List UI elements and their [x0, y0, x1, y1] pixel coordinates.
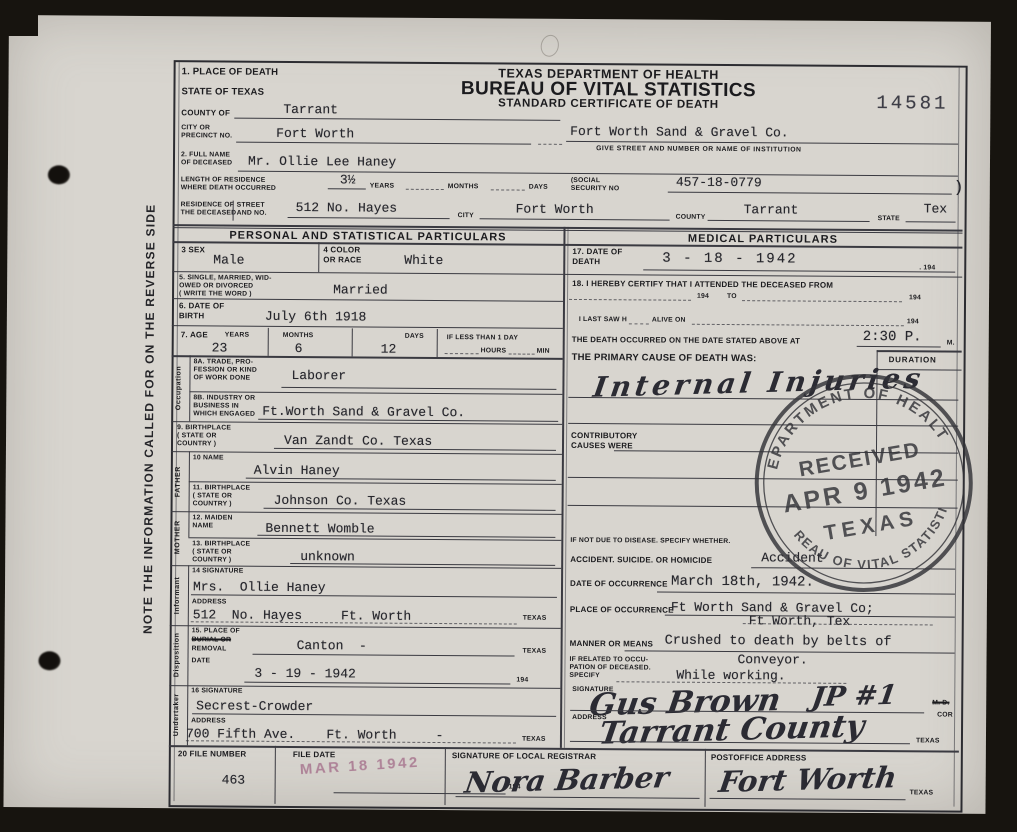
- birth-date-value: July 6th 1918: [265, 310, 367, 325]
- race-label: 4 COLOR OR RACE: [323, 245, 361, 264]
- postoffice-value: Fort Worth: [717, 760, 899, 799]
- disposal-place-label: 15. PLACE OF: [192, 627, 240, 635]
- registrar-signature: Nora Barber: [463, 760, 672, 800]
- res-county-value: Tarrant: [744, 203, 799, 218]
- last-saw-label: I LAST SAW H: [579, 316, 627, 324]
- personal-section-header: PERSONAL AND STATISTICAL PARTICULARS: [172, 229, 563, 245]
- father-birthplace-value: Johnson Co. Texas: [274, 494, 407, 509]
- occurrence-place-value2: Ft Worth, Tex: [749, 614, 851, 629]
- divider: [437, 329, 438, 357]
- occurrence-date-label: DATE OF OCCURRENCE: [570, 579, 668, 589]
- occupation-side-label: Occupation: [175, 357, 182, 419]
- divider: [352, 328, 353, 356]
- street-value: 512 No. Hayes: [296, 201, 398, 216]
- ruled-line: [629, 323, 649, 324]
- age-months-value: 6: [295, 342, 303, 356]
- ruled-line: [491, 189, 525, 190]
- contributory-label: CONTRIBUTORY CAUSES WERE: [571, 431, 638, 451]
- manner-value2: Conveyor.: [737, 653, 807, 668]
- accident-suicide-label: ACCIDENT. SUICIDE. OR HOMICIDE: [570, 555, 712, 566]
- county-value: Tarrant: [283, 103, 338, 118]
- ruled-line: [509, 353, 535, 354]
- m-label: M.: [947, 340, 955, 348]
- residence-length-label: LENGTH OF RESIDENCE WHERE DEATH OCCURRED: [181, 176, 276, 193]
- from-194-label: 194: [697, 293, 709, 301]
- father-side-label: FATHER: [175, 453, 182, 509]
- po-state-label: TEXAS: [910, 789, 934, 797]
- hours-label: HOURS: [481, 347, 507, 355]
- informant-state-label: TEXAS: [523, 615, 547, 623]
- death-date-value: 3 - 18 - 1942: [662, 252, 797, 268]
- father-name-value: Alvin Haney: [254, 464, 340, 479]
- divider: [233, 201, 234, 221]
- father-birthplace-label: 11. BIRTHPLACE ( STATE OR COUNTRY ): [193, 484, 251, 509]
- certificate-number: 14581: [876, 93, 948, 114]
- age-years-label: YEARS: [225, 332, 249, 340]
- cor-label: COR: [937, 711, 953, 719]
- occurrence-place-label: PLACE OF OCCURRENCE: [570, 605, 674, 615]
- disposal-194-label: 194: [516, 677, 528, 685]
- undertaker-sig-label: 16 SIGNATURE: [191, 687, 242, 696]
- trade-value: Laborer: [291, 369, 346, 384]
- punch-hole-bottom: [38, 651, 60, 670]
- burial-or-label: BURIAL OR: [192, 636, 231, 644]
- place-of-death-label: 1. PLACE OF DEATH: [182, 66, 279, 78]
- county-label: COUNTY OF: [181, 108, 230, 118]
- sex-label: 3 SEX: [181, 245, 205, 255]
- file-number-label: 20 FILE NUMBER: [178, 749, 247, 759]
- physician-addr-state: TEXAS: [916, 737, 940, 745]
- industry-label: 8B. INDUSTRY OR BUSINESS IN WHICH ENGAGE…: [193, 394, 255, 419]
- institution-note: GIVE STREET AND NUMBER OR NAME OF INSTIT…: [596, 145, 801, 155]
- res-city-label: CITY: [458, 212, 474, 220]
- marital-value: Married: [333, 283, 388, 298]
- father-name-label: 10 NAME: [193, 454, 224, 462]
- res-state-value: Tex: [924, 202, 948, 216]
- related-occupation-label: IF RELATED TO OCCU- PATION OF DECEASED. …: [569, 656, 651, 681]
- divider: [318, 242, 319, 272]
- sex-value: Male: [213, 253, 244, 268]
- primary-cause-label: THE PRIMARY CAUSE OF DEATH WAS:: [572, 352, 757, 365]
- race-value: White: [404, 254, 443, 269]
- fullname-value: Mr. Ollie Lee Haney: [248, 155, 396, 170]
- reverse-side-note: NOTE THE INFORMATION CALLED FOR ON THE R…: [141, 184, 158, 654]
- fullname-label: 2. FULL NAME OF DECEASED: [181, 151, 232, 168]
- punch-hole-top: [48, 165, 70, 184]
- res-city-value: Fort Worth: [516, 203, 594, 218]
- manner-value1: Crushed to death by belts of: [665, 635, 892, 651]
- months-label: MONTHS: [448, 183, 479, 191]
- received-stamp: DEPARTMENT OF HEALTH BUREAU OF VITAL STA…: [730, 349, 997, 616]
- informant-addr-label: ADDRESS: [192, 598, 227, 606]
- if-not-due-label: IF NOT DUE TO DISEASE. SPECIFY WHETHER.: [570, 537, 730, 546]
- state-of-texas-label: STATE OF TEXAS: [181, 86, 264, 98]
- ssn-value: 457-18-0779: [676, 176, 762, 191]
- days-label: DAYS: [529, 184, 548, 192]
- city-label: CITY OR PRECINCT NO.: [181, 124, 232, 141]
- age-years-value: 23: [212, 341, 228, 355]
- undertaker-addr-label: ADDRESS: [191, 717, 226, 725]
- less-than-day-label: IF LESS THAN 1 DAY: [447, 334, 518, 343]
- birthplace-label: 9. BIRTHPLACE ( STATE OR COUNTRY ): [177, 424, 231, 449]
- age-days-value: 12: [381, 343, 397, 357]
- disposal-date-label: DATE: [191, 657, 210, 665]
- undertaker-state-label: TEXAS: [522, 736, 546, 744]
- disposal-place-value: Canton -: [297, 639, 367, 654]
- mother-birthplace-label: 13. BIRTHPLACE ( STATE OR COUNTRY ): [192, 540, 250, 565]
- postoffice-label: POSTOFFICE ADDRESS: [711, 753, 807, 763]
- years-label: YEARS: [370, 183, 394, 191]
- maiden-name-label: 12. MAIDEN NAME: [192, 514, 232, 531]
- trade-label: 8A. TRADE, PRO- FESSION OR KIND OF WORK …: [193, 358, 257, 383]
- undertaker-sig-value: Secrest-Crowder: [196, 699, 313, 714]
- min-label: MIN: [537, 348, 550, 356]
- ssn-label: (SOCIAL SECURITY NO: [571, 177, 620, 194]
- res-state-label: STATE: [878, 215, 900, 223]
- length-years-value: 3½: [340, 173, 356, 187]
- to-194-label: 194: [909, 294, 921, 302]
- alive-on-label: ALIVE ON: [652, 316, 686, 324]
- disposition-side-label: Disposition: [173, 627, 180, 683]
- res-county-label: COUNTY: [676, 214, 706, 222]
- city-value: Fort Worth: [276, 127, 354, 142]
- file-number-value: 463: [222, 774, 246, 788]
- informant-sig-value: Mrs. Ollie Haney: [193, 580, 326, 595]
- scan-artifact: [539, 33, 561, 58]
- death-time-value: 2:30 P.: [863, 330, 922, 346]
- registrar-label: SIGNATURE OF LOCAL REGISTRAR: [452, 751, 596, 762]
- death-occurred-label: THE DEATH OCCURRED ON THE DATE STATED AB…: [572, 335, 800, 346]
- residence-of-label: RESIDENCE OF THE DECEASED: [181, 201, 237, 218]
- age-days-label: DAYS: [405, 333, 424, 341]
- manner-label: MANNER OR MEANS: [570, 639, 654, 649]
- alive-194-label: 194: [907, 318, 919, 326]
- md-label: M. D.: [932, 699, 949, 707]
- stamp-state-text: TEXAS: [822, 507, 920, 546]
- physician-address: Tarrant County: [597, 708, 867, 751]
- disposal-date-value: 3 - 19 - 1942: [254, 667, 356, 682]
- birth-date-label: 6. DATE OF BIRTH: [179, 301, 225, 321]
- marital-label: 5. SINGLE, MARRIED, WID- OWED OR DIVORCE…: [179, 274, 272, 299]
- institution-value: Fort Worth Sand & Gravel Co.: [570, 125, 789, 141]
- informant-sig-label: 14 SIGNATURE: [192, 567, 243, 576]
- informant-side-label: Informant: [174, 567, 181, 623]
- ruled-line: [538, 144, 562, 145]
- mother-side-label: MOTHER: [174, 511, 181, 563]
- disposal-state-label: TEXAS: [523, 648, 547, 656]
- certificate-paper: NOTE THE INFORMATION CALLED FOR ON THE R…: [3, 15, 991, 814]
- birthplace-value: Van Zandt Co. Texas: [284, 434, 432, 449]
- age-label: 7. AGE: [181, 330, 208, 340]
- removal-label: REMOVAL: [192, 645, 227, 653]
- certify-label: 18. I HEREBY CERTIFY THAT I ATTENDED THE…: [572, 279, 833, 290]
- street-label: STREET AND NO.: [237, 202, 267, 219]
- certificate-title: STANDARD CERTIFICATE OF DEATH: [418, 97, 798, 113]
- death-date-label: 17. DATE OF DEATH: [572, 247, 622, 267]
- ssn-paren: ): [954, 180, 964, 198]
- scan-corner-shadow: [0, 0, 38, 36]
- to-label: TO: [727, 293, 737, 301]
- divider: [268, 328, 269, 356]
- undertaker-side-label: Undertaker: [173, 687, 180, 743]
- age-months-label: MONTHS: [283, 332, 314, 340]
- medical-section-header: MEDICAL PARTICULARS: [563, 232, 962, 248]
